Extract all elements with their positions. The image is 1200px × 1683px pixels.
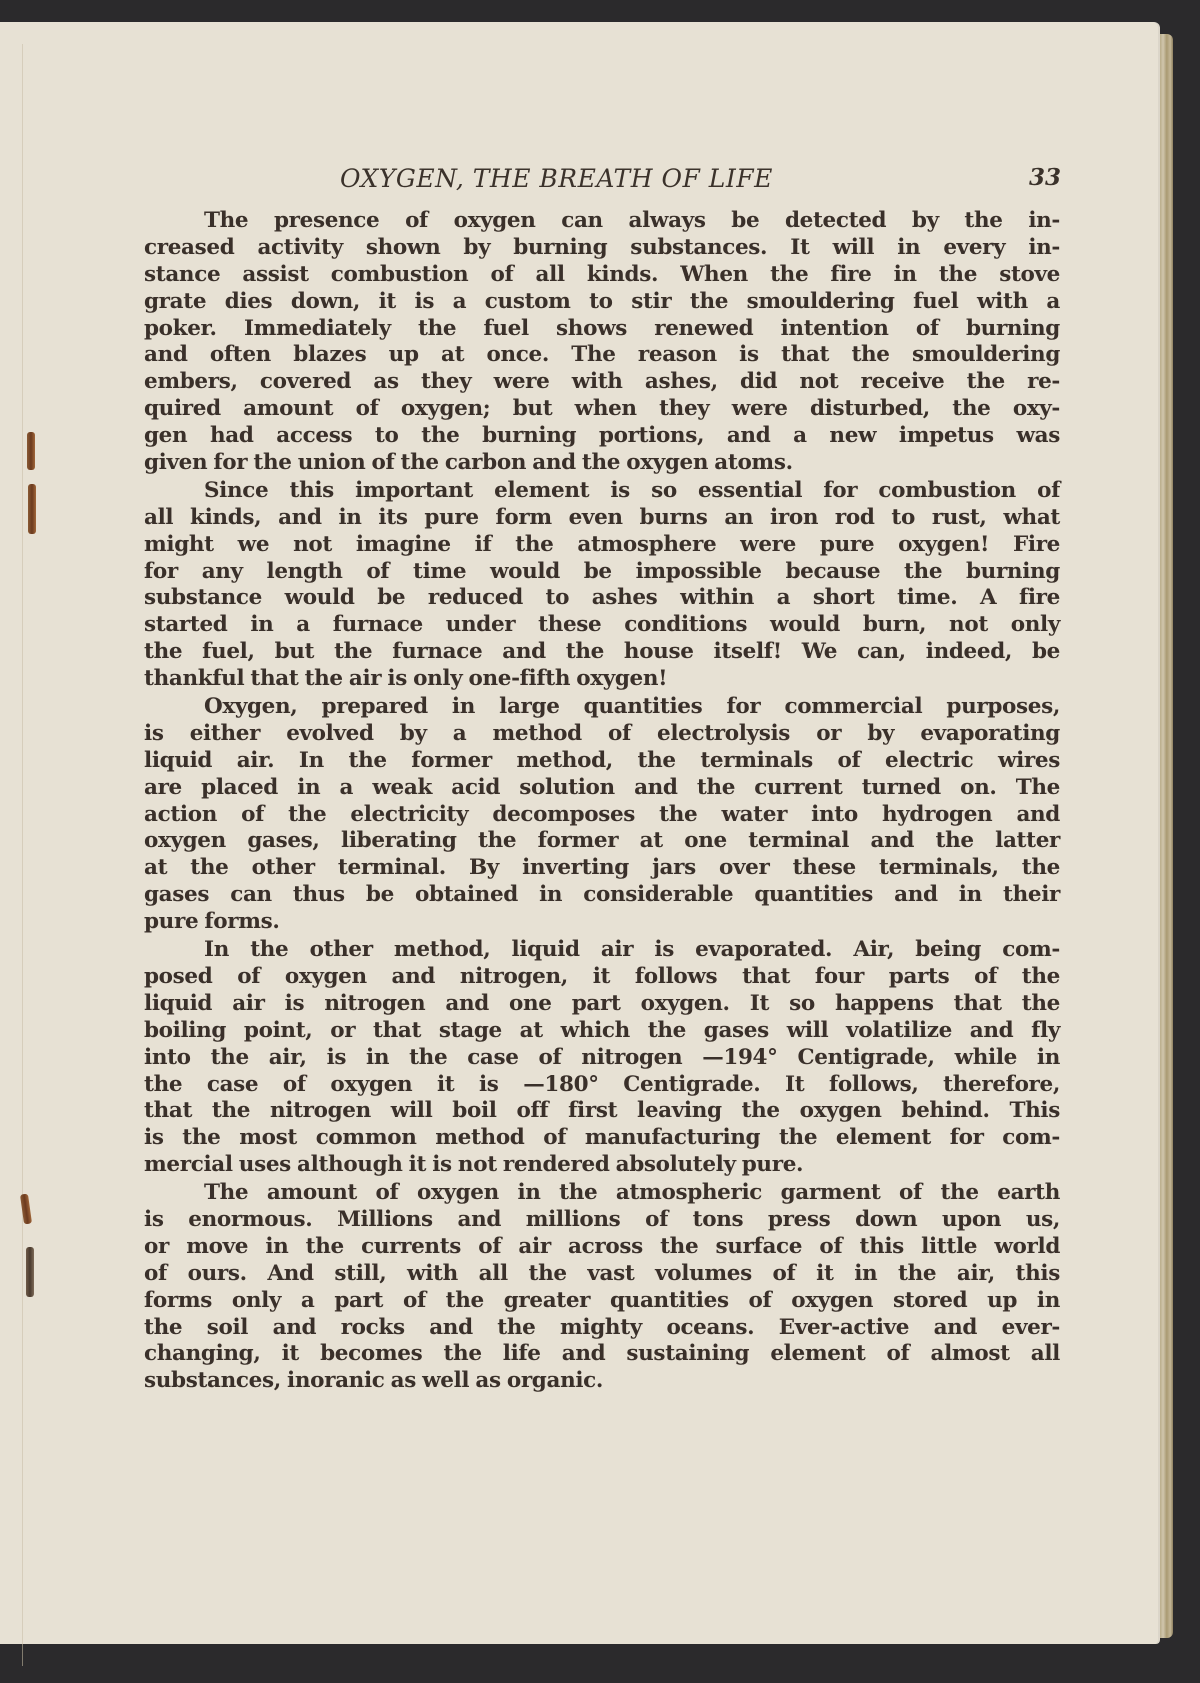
text-line: grate dies down, it is a custom to stir …	[144, 289, 1060, 316]
text-line: are placed in a weak acid solution and t…	[144, 775, 1060, 802]
text-line: is enormous. Millions and millions of to…	[144, 1207, 1060, 1234]
text-line: creased activity shown by burning substa…	[144, 235, 1060, 262]
text-line: at the other terminal. By inverting jars…	[144, 855, 1060, 882]
text-line: pure forms.	[144, 909, 1060, 936]
paragraph: Oxygen, prepared in large quantities for…	[144, 694, 1060, 936]
book-page: OXYGEN, THE BREATH OF LIFE 33 The presen…	[0, 22, 1160, 1644]
paragraph: In the other method, liquid air is evapo…	[144, 937, 1060, 1179]
text-line: substances, inoranic as well as organic.	[144, 1368, 1060, 1395]
text-line: boiling point, or that stage at which th…	[144, 1018, 1060, 1045]
staple-mark-icon	[27, 432, 35, 470]
text-line: given for the union of the carbon and th…	[144, 450, 1060, 477]
text-line: gen had access to the burning portions, …	[144, 423, 1060, 450]
text-line: the case of oxygen it is —180° Centigrad…	[144, 1072, 1060, 1099]
text-line: substance would be reduced to ashes with…	[144, 585, 1060, 612]
text-line: liquid air. In the former method, the te…	[144, 748, 1060, 775]
text-line: for any length of time would be impossib…	[144, 559, 1060, 586]
text-line: mercial uses although it is not rendered…	[144, 1152, 1060, 1179]
text-line: the fuel, but the furnace and the house …	[144, 639, 1060, 666]
page-number: 33	[1029, 164, 1061, 191]
text-line: action of the electricity decomposes the…	[144, 802, 1060, 829]
scanned-book-page: OXYGEN, THE BREATH OF LIFE 33 The presen…	[0, 0, 1200, 1683]
paragraph: Since this important element is so essen…	[144, 478, 1060, 693]
text-line: changing, it becomes the life and sustai…	[144, 1341, 1060, 1368]
text-line: Since this important element is so essen…	[144, 478, 1060, 505]
running-title: OXYGEN, THE BREATH OF LIFE	[340, 164, 773, 193]
body-text: The presence of oxygen can always be det…	[144, 208, 1060, 1396]
text-line: forms only a part of the greater quantit…	[144, 1288, 1060, 1315]
text-line: quired amount of oxygen; but when they w…	[144, 396, 1060, 423]
text-line: of ours. And still, with all the vast vo…	[144, 1261, 1060, 1288]
staple-mark-icon	[26, 1247, 34, 1297]
paragraph: The amount of oxygen in the atmospheric …	[144, 1180, 1060, 1395]
text-line: stance assist combustion of all kinds. W…	[144, 262, 1060, 289]
text-line: liquid air is nitrogen and one part oxyg…	[144, 991, 1060, 1018]
text-line: gases can thus be obtained in considerab…	[144, 882, 1060, 909]
text-line: oxygen gases, liberating the former at o…	[144, 828, 1060, 855]
text-line: and often blazes up at once. The reason …	[144, 342, 1060, 369]
text-line: The amount of oxygen in the atmospheric …	[144, 1180, 1060, 1207]
text-line: embers, covered as they were with ashes,…	[144, 369, 1060, 396]
text-line: the soil and rocks and the mighty oceans…	[144, 1315, 1060, 1342]
text-line: might we not imagine if the atmosphere w…	[144, 532, 1060, 559]
text-line: is the most common method of manufacturi…	[144, 1125, 1060, 1152]
text-line: The presence of oxygen can always be det…	[144, 208, 1060, 235]
gutter-fold-line	[22, 44, 23, 1666]
text-line: or move in the currents of air across th…	[144, 1234, 1060, 1261]
running-head: OXYGEN, THE BREATH OF LIFE 33	[0, 164, 1160, 194]
text-line: thankful that the air is only one-fifth …	[144, 666, 1060, 693]
paragraph: The presence of oxygen can always be det…	[144, 208, 1060, 477]
text-line: Oxygen, prepared in large quantities for…	[144, 694, 1060, 721]
staple-mark-icon	[28, 484, 36, 534]
text-line: poker. Immediately the fuel shows renewe…	[144, 316, 1060, 343]
text-line: into the air, is in the case of nitrogen…	[144, 1045, 1060, 1072]
text-line: is either evolved by a method of electro…	[144, 721, 1060, 748]
text-line: posed of oxygen and nitrogen, it follows…	[144, 964, 1060, 991]
text-line: that the nitrogen will boil off first le…	[144, 1098, 1060, 1125]
text-line: started in a furnace under these conditi…	[144, 612, 1060, 639]
text-line: In the other method, liquid air is evapo…	[144, 937, 1060, 964]
text-line: all kinds, and in its pure form even bur…	[144, 505, 1060, 532]
